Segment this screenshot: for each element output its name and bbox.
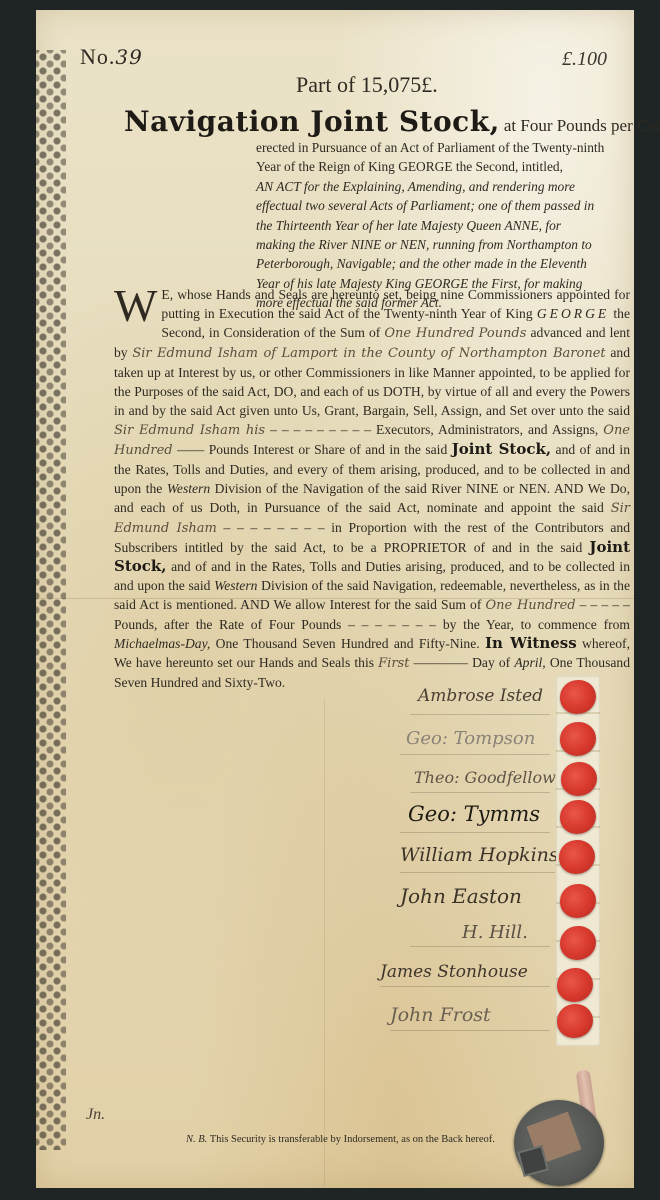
- footer-note: N. B. This Security is transferable by I…: [186, 1134, 495, 1145]
- western-italic: Western: [167, 481, 210, 496]
- body-text: WE, whose Hands and Seals are hereunto s…: [114, 285, 630, 692]
- signature: Geo: Tompson: [406, 728, 535, 749]
- signature-rule: [400, 754, 550, 755]
- in-witness-blackletter: In Witness: [485, 634, 577, 652]
- amount-handwritten: £.100: [562, 48, 607, 71]
- handwritten-name: Sir Edmund Isham his: [114, 423, 265, 438]
- april-italic: April,: [514, 655, 545, 670]
- handwritten-sum: One Hundred: [485, 598, 575, 613]
- king-name: GEORGE: [537, 306, 609, 321]
- dropcap: W: [114, 287, 157, 325]
- signature-rule: [380, 986, 550, 987]
- michaelmas-italic: Michaelmas-Day,: [114, 636, 210, 651]
- handwritten-day: First: [378, 656, 409, 671]
- signature: William Hopkins: [400, 844, 559, 866]
- signature-rule: [400, 832, 550, 833]
- title-blackletter: Navigation Joint Stock,: [124, 105, 500, 138]
- preamble-line: the Thirteenth Year of her late Majesty …: [256, 216, 634, 235]
- decorative-lace-border: [36, 50, 66, 1150]
- footer-text: This Security is transferable by Indorse…: [210, 1134, 495, 1145]
- signature-rule: [410, 792, 550, 793]
- preamble-line: erected in Pursuance of an Act of Parlia…: [256, 138, 634, 157]
- signature-rule: [390, 1030, 550, 1031]
- margin-initials: Jn.: [86, 1106, 105, 1124]
- preamble-line: Year of the Reign of King GEORGE the Sec…: [256, 157, 634, 176]
- part-of-total: Part of 15,075£.: [296, 72, 438, 98]
- handwritten-sum: One Hundred: [384, 326, 474, 341]
- nb-label: N. B.: [186, 1134, 207, 1145]
- preamble-line: making the River NINE or NEN, running fr…: [256, 235, 634, 254]
- signature: John Easton: [400, 884, 522, 908]
- signature: Theo: Goodfellow: [414, 768, 556, 787]
- western-italic: Western: [214, 578, 257, 593]
- joint-stock-blackletter: Joint Stock,: [452, 440, 551, 458]
- title-rest: at Four Pounds per Cent.: [504, 116, 660, 135]
- preamble-line: effectual two several Acts of Parliament…: [256, 196, 634, 215]
- signature: John Frost: [390, 1004, 491, 1026]
- body-text-span: —— Pounds Interest or Share of and in th…: [173, 442, 452, 457]
- number-value: 39: [115, 45, 142, 69]
- signature-rule: [410, 946, 550, 947]
- handwritten-lender: Sir Edmund Isham of Lamport in the Count…: [132, 346, 605, 361]
- body-text-span: ———— Day of: [409, 655, 514, 670]
- signature: Geo: Tymms: [408, 802, 540, 826]
- certificate-number: No.39: [80, 44, 143, 70]
- signature: Ambrose Isted: [418, 686, 543, 706]
- body-text-span: – – – – – – – – – Executors, Administrat…: [265, 422, 603, 437]
- signature-rule: [400, 872, 555, 873]
- title: Navigation Joint Stock, at Four Pounds p…: [124, 105, 660, 138]
- signature-rule: [410, 714, 550, 715]
- preamble-line: AN ACT for the Explaining, Amending, and…: [256, 177, 634, 196]
- signature: James Stonhouse: [380, 962, 528, 982]
- number-label: No.: [80, 44, 115, 69]
- fold-crease-vertical: [324, 700, 325, 1188]
- preamble-line: Peterborough, Navigable; and the other m…: [256, 254, 634, 273]
- body-text-span: One Thousand Seven Hundred and Fifty-Nin…: [210, 636, 485, 651]
- handwritten-pounds: Pounds: [479, 326, 527, 341]
- signature: H. Hill.: [462, 922, 528, 943]
